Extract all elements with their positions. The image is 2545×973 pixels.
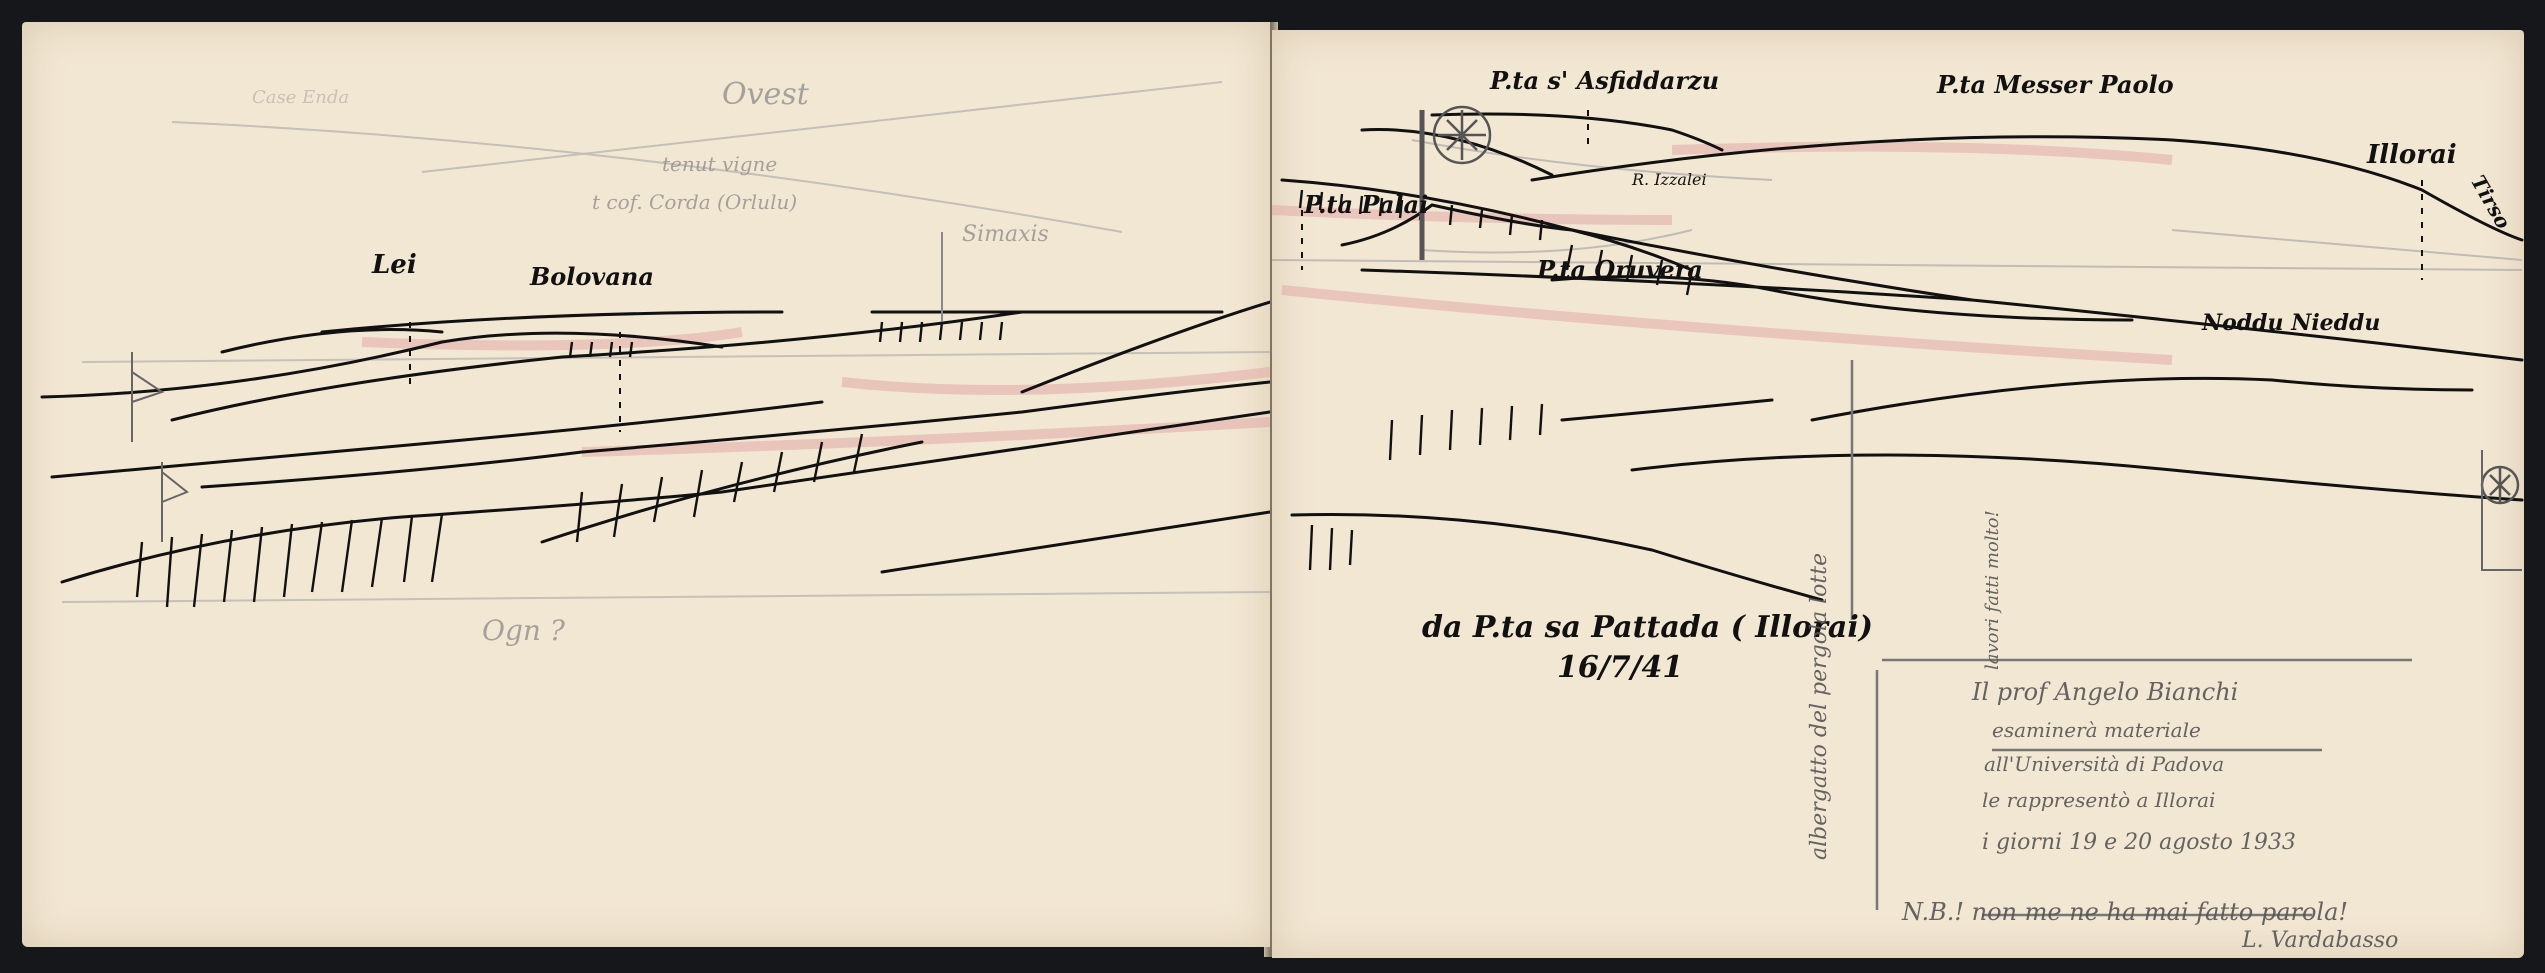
- note-line-5: i giorni 19 e 20 agosto 1933: [1982, 830, 2296, 855]
- label-illorai: Illorai: [2367, 140, 2457, 170]
- label-lei: Lei: [372, 250, 417, 280]
- note-side-text: albergatto del pergola lotte: [1807, 553, 1832, 860]
- label-asfiddarzu: P.ta s' Asfiddarzu: [1490, 66, 1719, 95]
- label-simaxis: Simaxis: [962, 222, 1049, 247]
- label-oruvera: P.ta Oruvera: [1537, 255, 1703, 284]
- label-west: Ovest: [722, 77, 809, 112]
- note-footnote: N.B.! non me ne ha mai fatto parola!: [1902, 898, 2348, 926]
- label-noddu-nieddu: Noddu Nieddu: [2202, 310, 2380, 336]
- label-ogn: Ogn ?: [482, 614, 565, 647]
- label-r-izzalei: R. Izzalei: [1632, 170, 1707, 189]
- label-palai: P.ta Palai: [1304, 190, 1428, 219]
- circled-star-symbol-top: [1434, 107, 1490, 163]
- caption-date: 16/7/41: [1557, 650, 1683, 685]
- circled-star-symbol-right: [2482, 467, 2518, 503]
- note-line-1: Il prof Angelo Bianchi: [1972, 678, 2238, 706]
- note-fenced-1: tenut vigne: [662, 152, 777, 176]
- label-bolovana: Bolovana: [530, 262, 654, 291]
- note-line-3: all'Università di Padova: [1984, 752, 2224, 776]
- note-line-2: esaminerà materiale: [1992, 718, 2201, 742]
- note-side-text-2: lavori fatti molto!: [1982, 510, 2003, 670]
- note-signature: L. Vardabasso: [2242, 928, 2398, 953]
- note-line-4: le rappresentò a Illorai: [1982, 788, 2215, 812]
- right-landscape-sketch: [1272, 30, 2524, 958]
- left-landscape-sketch: [22, 22, 1270, 947]
- label-messer-paolo: P.ta Messer Paolo: [1937, 70, 2174, 99]
- right-page: P.ta s' Asfiddarzu P.ta Messer Paolo Ill…: [1272, 30, 2524, 958]
- caption-viewpoint: da P.ta sa Pattada ( Illorai): [1422, 610, 1873, 645]
- note-fenced-2: t cof. Corda (Orlulu): [592, 190, 797, 214]
- left-page: Lei Bolovana tenut vigne t cof. Corda (O…: [22, 22, 1270, 947]
- label-faint-top: Case Enda: [252, 87, 349, 108]
